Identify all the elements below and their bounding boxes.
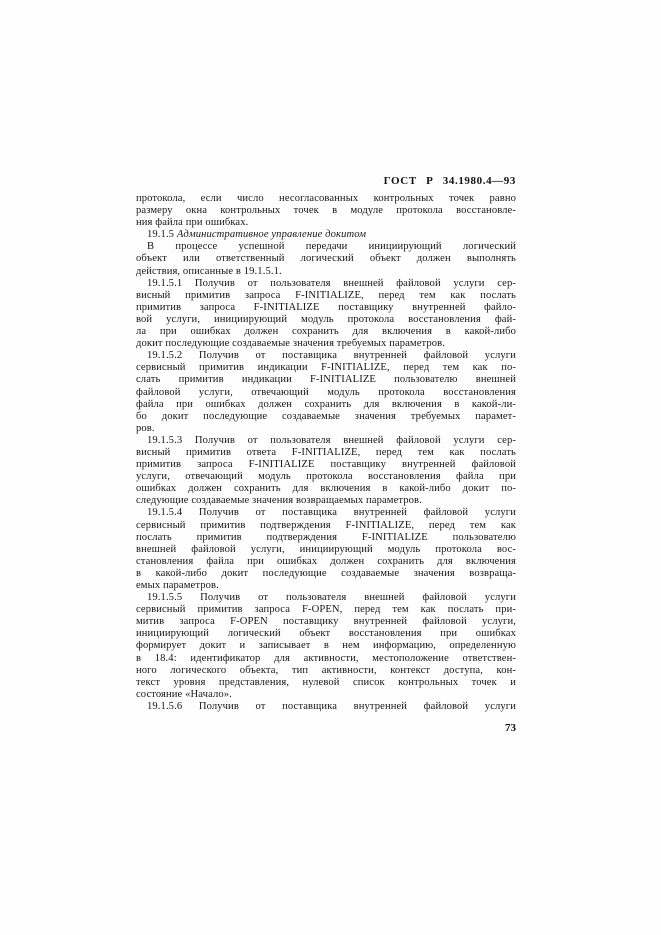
- text-line: В процессе успешной передачи инициирующи…: [136, 241, 516, 253]
- text-line: ния файла при ошибках.: [136, 217, 516, 229]
- text-line: висный примитив ответа F-INITIALIZE, пер…: [136, 447, 516, 459]
- text-line: сервисный примитив индикации F-INITIALIZ…: [136, 362, 516, 374]
- text-line: емых параметров.: [136, 580, 516, 592]
- text-line: докит последующие создаваемые значения т…: [136, 338, 516, 350]
- text-line: размеру окна контрольных точек в модуле …: [136, 205, 516, 217]
- text-line: примитив запроса F-INITIALIZE поставщику…: [136, 302, 516, 314]
- text-line: бо докит последующие создаваемые значени…: [136, 411, 516, 423]
- text-line: ного логического объекта, тип активности…: [136, 665, 516, 677]
- text-line: внешней файловой услуги, инициирующий мо…: [136, 544, 516, 556]
- text-line: вой услуги, инициирующий модуль протокол…: [136, 314, 516, 326]
- section-heading: 19.1.5 Административное управление докит…: [136, 229, 516, 241]
- text-line: файла при ошибках должен сохранить для в…: [136, 399, 516, 411]
- text-line: 19.1.5.4 Получив от поставщика внутренне…: [136, 507, 516, 519]
- text-line: примитив запроса F-INITIALIZE поставщику…: [136, 459, 516, 471]
- text-line: ла при ошибках должен сохранить для вклю…: [136, 326, 516, 338]
- text-line: слать примитив индикации F-INITIALIZE по…: [136, 374, 516, 386]
- text-line: 19.1.5.1 Получив от пользователя внешней…: [136, 278, 516, 290]
- text-line: сервисный примитив подтверждения F-INITI…: [136, 520, 516, 532]
- section-number: 19.1.5: [147, 229, 174, 240]
- text-line: формирует докит и записывает в нем инфор…: [136, 640, 516, 652]
- text-line: объект или ответственный логический объе…: [136, 253, 516, 265]
- text-line: следующие создаваемые значения возвращае…: [136, 495, 516, 507]
- text-line: послать примитив подтверждения F-INITIAL…: [136, 532, 516, 544]
- text-line: действия, описанные в 19.1.5.1.: [136, 266, 516, 278]
- text-line: 19.1.5.5 Получив от пользователя внешней…: [136, 592, 516, 604]
- text-line: 19.1.5.3 Получив от пользователя внешней…: [136, 435, 516, 447]
- text-line: 19.1.5.6 Получив от поставщика внутренне…: [136, 701, 516, 713]
- text-line: инициирующий логический объект восстанов…: [136, 628, 516, 640]
- running-header-standard-number: ГОСТ Р 34.1980.4—93: [136, 175, 516, 187]
- text-line: текст уровня представления, нулевой спис…: [136, 677, 516, 689]
- text-line: в какой-либо докит последующие создаваем…: [136, 568, 516, 580]
- text-line: митив запроса F-OPEN поставщику внутренн…: [136, 616, 516, 628]
- text-line: в 18.4: идентификатор для активности, ме…: [136, 653, 516, 665]
- text-line: становления файла при ошибках должен сох…: [136, 556, 516, 568]
- text-line: услуги, отвечающий модуль протокола восс…: [136, 471, 516, 483]
- text-block: протокола, если число несогласованных ко…: [136, 193, 516, 713]
- text-line: 19.1.5.2 Получив от поставщика внутренне…: [136, 350, 516, 362]
- text-line: ров.: [136, 423, 516, 435]
- text-line: состояние «Начало».: [136, 689, 516, 701]
- text-line: висный примитив запроса F-INITIALIZE, пе…: [136, 290, 516, 302]
- document-page: ГОСТ Р 34.1980.4—93 протокола, если числ…: [0, 0, 661, 935]
- text-line: файловой услуги, отвечающий модуль прото…: [136, 387, 516, 399]
- page-number: 73: [136, 722, 516, 734]
- text-line: ошибках должен сохранить для включения в…: [136, 483, 516, 495]
- section-title: Административное управление докитом: [177, 229, 366, 240]
- text-line: сервисный примитив запроса F-OPEN, перед…: [136, 604, 516, 616]
- text-line: протокола, если число несогласованных ко…: [136, 193, 516, 205]
